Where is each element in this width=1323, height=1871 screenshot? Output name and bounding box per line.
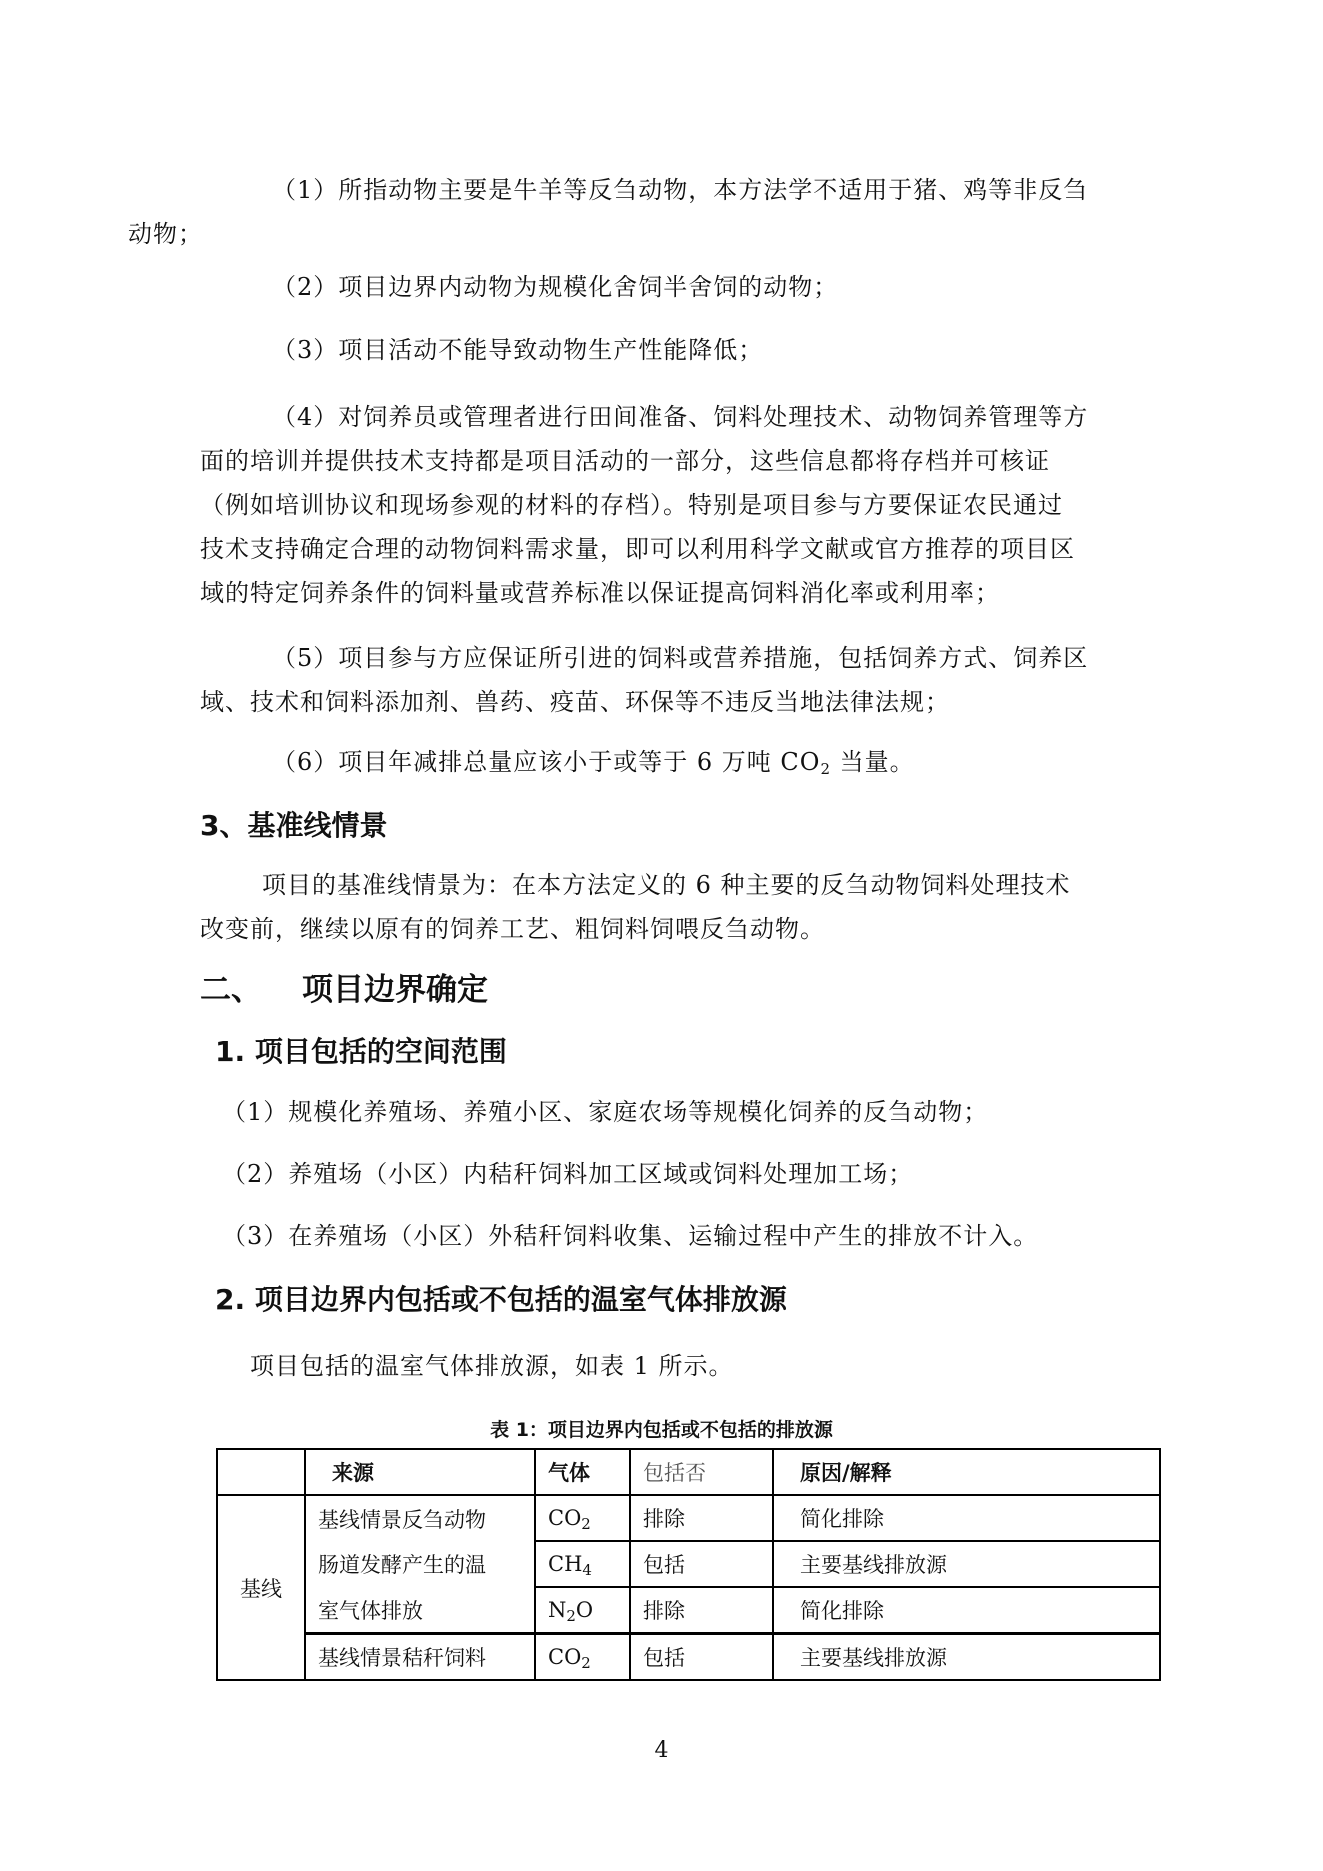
reason-cell: 主要基线排放源	[773, 1634, 1160, 1681]
table-row: 肠道发酵产生的温 CH4 包括 主要基线排放源	[217, 1541, 1160, 1587]
condition-4: （4）对饲养员或管理者进行田间准备、饲料处理技术、动物饲养管理等方 面的培训并提…	[200, 395, 1130, 615]
scope-item-1: （1）规模化养殖场、养殖小区、家庭农场等规模化饲养的反刍动物；	[222, 1092, 988, 1127]
baseline-line1: 项目的基准线情景为：在本方法定义的 6 种主要的反刍动物饲料处理技术	[200, 863, 1130, 907]
condition-1-line1: （1）所指动物主要是牛羊等反刍动物，本方法学不适用于猪、鸡等非反刍	[272, 176, 1088, 204]
page-number: 4	[0, 1738, 1323, 1763]
source-cell: 基线情景反刍动物	[305, 1495, 535, 1541]
section-heading-baseline: 3、基准线情景	[200, 804, 387, 844]
chapter-heading: 二、项目边界确定	[200, 964, 488, 1009]
condition-1-line2: 动物；	[128, 220, 203, 248]
table-header-row: 来源 气体 包括否 原因/解释	[217, 1449, 1160, 1495]
include-cell: 包括	[630, 1634, 773, 1681]
condition-2: （2）项目边界内动物为规模化舍饲半舍饲的动物；	[200, 265, 1130, 309]
gas-cell: CH4	[535, 1541, 630, 1587]
subscript: 2	[820, 760, 831, 778]
condition-3: （3）项目活动不能导致动物生产性能降低；	[200, 328, 1130, 372]
condition-5: （5）项目参与方应保证所引进的饲料或营养措施，包括饲养方式、饲养区 域、技术和饲…	[200, 636, 1130, 724]
baseline-paragraph: 项目的基准线情景为：在本方法定义的 6 种主要的反刍动物饲料处理技术 改变前，继…	[200, 863, 1130, 951]
condition-4-line3: （例如培训协议和现场参观的材料的存档）。特别是项目参与方要保证农民通过	[200, 483, 1130, 527]
header-included: 包括否	[630, 1449, 773, 1495]
condition-4-line4: 技术支持确定合理的动物饲料需求量，即可以利用科学文献或官方推荐的项目区	[200, 527, 1130, 571]
include-cell: 排除	[630, 1495, 773, 1541]
table-row: 基线情景秸秆饲料 CO2 包括 主要基线排放源	[217, 1634, 1160, 1681]
source-cell: 基线情景秸秆饲料	[305, 1634, 535, 1681]
chapter-title: 项目边界确定	[302, 972, 488, 1008]
subsection-heading-1: 1. 项目包括的空间范围	[215, 1030, 507, 1070]
category-cell: 基线	[217, 1495, 305, 1680]
chapter-number: 二、	[200, 972, 262, 1008]
condition-4-line1: （4）对饲养员或管理者进行田间准备、饲料处理技术、动物饲养管理等方	[200, 395, 1130, 439]
condition-5-line2: 域、技术和饲料添加剂、兽药、疫苗、环保等不违反当地法律法规；	[200, 680, 1130, 724]
reason-cell: 主要基线排放源	[773, 1541, 1160, 1587]
table-caption: 表 1：项目边界内包括或不包括的排放源	[0, 1415, 1323, 1442]
header-reason: 原因/解释	[773, 1449, 1160, 1495]
condition-6: （6）项目年减排总量应该小于或等于 6 万吨 CO2 当量。	[200, 740, 1130, 784]
scope-item-2: （2）养殖场（小区）内秸秆饲料加工区域或饲料处理加工场；	[222, 1154, 913, 1189]
table-row: 基线 基线情景反刍动物 CO2 排除 简化排除	[217, 1495, 1160, 1541]
gas-cell: N2O	[535, 1587, 630, 1634]
reason-cell: 简化排除	[773, 1587, 1160, 1634]
baseline-line2: 改变前，继续以原有的饲养工艺、粗饲料饲喂反刍动物。	[200, 907, 1130, 951]
header-blank	[217, 1449, 305, 1495]
header-source: 来源	[305, 1449, 535, 1495]
condition-6-text: （6）项目年减排总量应该小于或等于 6 万吨 CO	[272, 748, 820, 776]
gas-cell: CO2	[535, 1495, 630, 1541]
condition-4-line5: 域的特定饲养条件的饲料量或营养标准以保证提高饲料消化率或利用率；	[200, 571, 1130, 615]
emission-sources-table: 来源 气体 包括否 原因/解释 基线 基线情景反刍动物 CO2 排除 简化排除 …	[216, 1448, 1161, 1681]
header-gas: 气体	[535, 1449, 630, 1495]
source-cell: 室气体排放	[305, 1587, 535, 1634]
condition-5-line1: （5）项目参与方应保证所引进的饲料或营养措施，包括饲养方式、饲养区	[200, 636, 1130, 680]
condition-4-line2: 面的培训并提供技术支持都是项目活动的一部分，这些信息都将存档并可核证	[200, 439, 1130, 483]
table-row: 室气体排放 N2O 排除 简化排除	[217, 1587, 1160, 1634]
condition-1: （1）所指动物主要是牛羊等反刍动物，本方法学不适用于猪、鸡等非反刍 动物；	[200, 168, 1130, 256]
subsection-heading-2: 2. 项目边界内包括或不包括的温室气体排放源	[215, 1278, 787, 1318]
reason-cell: 简化排除	[773, 1495, 1160, 1541]
source-cell: 肠道发酵产生的温	[305, 1541, 535, 1587]
condition-6-suffix: 当量。	[831, 748, 915, 776]
gas-cell: CO2	[535, 1634, 630, 1681]
scope-item-3: （3）在养殖场（小区）外秸秆饲料收集、运输过程中产生的排放不计入。	[222, 1216, 1038, 1251]
table-reference-text: 项目包括的温室气体排放源，如表 1 所示。	[250, 1346, 734, 1381]
include-cell: 包括	[630, 1541, 773, 1587]
document-page: （1）所指动物主要是牛羊等反刍动物，本方法学不适用于猪、鸡等非反刍 动物； （2…	[0, 0, 1323, 1871]
include-cell: 排除	[630, 1587, 773, 1634]
